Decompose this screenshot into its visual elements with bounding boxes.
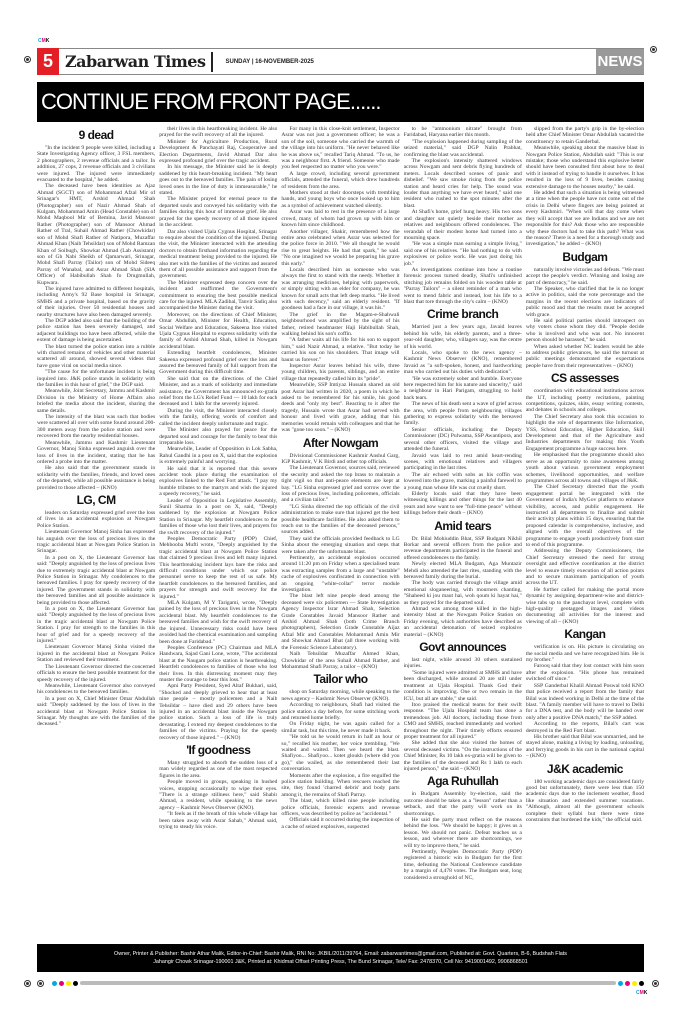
section-heading: Tailor who: [281, 673, 399, 686]
article-paragraph: "The cause for the unfortunate incident …: [37, 369, 155, 388]
section-heading: Crime branch: [404, 308, 522, 321]
article-paragraph: "He was a simple man earning a simple li…: [404, 241, 522, 267]
article-paragraph: to be "ammonium nitrate" brought from Fa…: [404, 126, 522, 139]
article-paragraph: He also said that the government stands …: [37, 465, 155, 491]
article-paragraph: Senior officials, including the Deputy C…: [404, 427, 522, 453]
article-paragraph: coordination with educational institutio…: [526, 388, 644, 414]
article-paragraph: Newly elected MLA Budgam, Aga Muntazir M…: [404, 561, 522, 580]
article-paragraph: 180 working academic days are considered…: [526, 779, 644, 824]
page-banner: CONTINUE FROM FRONT PAGE......: [37, 82, 644, 122]
article-paragraph: Meanwhile, Joint Secretary, Jammu and Ka…: [37, 388, 155, 414]
paper-name: Zabarwan Times: [59, 52, 211, 71]
article-paragraph: "The explosion happened during sampling …: [404, 139, 522, 158]
article-paragraph: Another villager, Shakir, remembered how…: [281, 229, 399, 267]
article-paragraph: As investigations continue into how a ro…: [404, 267, 522, 305]
article-paragraph: He emphasised that the programme should …: [526, 452, 644, 484]
article-paragraph: "He was extremely sober and humble. Ever…: [404, 376, 522, 402]
article-paragraph: During the visit, the Minister interacte…: [159, 408, 277, 427]
issue-date: SUNDAY | 16-NOVEMBER-2025: [225, 59, 313, 65]
masthead-divider: [211, 52, 213, 72]
cmyk-marker-top: CMK: [38, 38, 49, 44]
article-paragraph: Dar also visited Ujala Cygnus Hospital, …: [159, 229, 277, 280]
column-3: For many in this close-knit settlement, …: [281, 126, 399, 934]
article-paragraph: The Minister also prayed for peace for t…: [159, 427, 277, 446]
article-paragraph: A large crowd, including several governm…: [281, 171, 399, 190]
article-paragraph: The blast turned the police station into…: [37, 344, 155, 370]
article-paragraph: The Lieutenant Governor, sources said, r…: [281, 465, 399, 503]
article-paragraph: The explosion's intensity shattered wind…: [404, 158, 522, 209]
cyan-swatch: [618, 981, 623, 986]
column-2: their lives in this heartbreaking incide…: [159, 126, 277, 934]
article-paragraph: Divisional Commissioner Kashmir Anshul G…: [281, 453, 399, 466]
section-heading: Govt announces: [404, 641, 522, 654]
gray-bar: [80, 981, 616, 985]
article-paragraph: According to the reports, Bilal's cart w…: [526, 721, 644, 734]
article-paragraph: The DGP added also said that the buildin…: [37, 318, 155, 344]
article-paragraph: He said political parties should introsp…: [526, 318, 644, 344]
article-paragraph: The Chief Secretary also took this occas…: [526, 414, 644, 452]
article-paragraph: "In the incident 9 people were killed, i…: [37, 145, 155, 183]
yellow-swatch: [632, 981, 637, 986]
cyan-swatch: [52, 981, 57, 986]
article-paragraph: Ahmad was among those killed in the high…: [404, 606, 522, 638]
article-paragraph: Naib Tehsildar Muzaffar Ahmed Khan, Chow…: [281, 651, 399, 670]
article-paragraph: The Minister expressed deep concern over…: [159, 280, 277, 312]
article-paragraph: In a post on X, Chief Minister Omar Abdu…: [37, 696, 155, 728]
article-paragraph: His brother said that Bilal was unmarrie…: [526, 734, 644, 760]
section-heading: After Nowgam: [281, 437, 399, 450]
registration-mark-icon: [37, 980, 44, 987]
article-paragraph: last night, while around 30 others susta…: [404, 657, 522, 670]
imprint-line-1: Owner, Printer & Publisher: Bashir Athar…: [37, 950, 644, 958]
article-paragraph: The news of his death sent a wave of gri…: [404, 401, 522, 427]
article-paragraph: The blast left nine people dead among th…: [281, 593, 399, 651]
column-5: slipped from the party's grip in the by-…: [526, 126, 644, 934]
section-heading: Budgam: [526, 251, 644, 264]
article-paragraph: When asked whether NC leaders would be a…: [526, 344, 644, 370]
page-number: 5: [37, 48, 59, 75]
article-paragraph: Inspector Asrar leaves behind his wife, …: [281, 363, 399, 382]
article-paragraph: The Minister prayed for eternal peace to…: [159, 196, 277, 228]
article-paragraph: Peoples Democratic Party (PDP) Chief, Me…: [159, 536, 277, 600]
article-paragraph: He said that it is reported that this se…: [159, 466, 277, 498]
registration-mark-icon: [650, 46, 657, 53]
article-paragraph: "A father waits all his life for his son…: [281, 337, 399, 363]
article-paragraph: Mothers stood at their doorsteps with tr…: [281, 190, 399, 209]
article-paragraph: Dr. Bilal Mohiuddin Bhat, SSP Budgam Nik…: [404, 536, 522, 562]
registration-mark-icon: [24, 56, 31, 63]
masthead: 5 Zabarwan Times SUNDAY | 16-NOVEMBER-20…: [37, 48, 644, 75]
article-paragraph: People moved in groups, speaking in hush…: [159, 779, 277, 811]
article-paragraph: in Budgam Assembly by-election, said the…: [404, 791, 522, 817]
magenta-swatch: [59, 981, 64, 986]
imprint-footer: Owner, Printer & Publisher: Bashir Athar…: [37, 944, 644, 972]
article-paragraph: naturally involve victories and defeats.…: [526, 267, 644, 286]
article-paragraph: Many struggled to absorb the sudden loss…: [159, 760, 277, 779]
article-paragraph: Leader of Opposition in Legislative Asse…: [159, 498, 277, 536]
article-paragraph: They said the officials provided feedbac…: [281, 536, 399, 555]
article-paragraph: The Speaker, who clarified that he is no…: [526, 286, 644, 318]
article-paragraph: She said that on the directions of the C…: [159, 376, 277, 408]
section-heading: Kangan: [526, 628, 644, 641]
section-heading: 9 dead: [37, 129, 155, 142]
article-paragraph: The Lieutenant Governor directed the con…: [37, 664, 155, 683]
article-paragraph: Pertinently, an accidental explosion occ…: [281, 555, 399, 593]
article-paragraph: "It feels as if the breath of this whole…: [159, 811, 277, 830]
article-paragraph: Lieutenant Governor Manoj Sinha visited …: [37, 644, 155, 663]
article-paragraph: verification is on. His picture is circu…: [526, 644, 644, 663]
article-paragraph: The grief in the Magam-e-Shahwali neighb…: [281, 312, 399, 338]
article-paragraph: Farooq said that they lost contact with …: [526, 663, 644, 682]
article-paragraph: The deceased have been identities as Aja…: [37, 183, 155, 286]
article-paragraph: Minister for Agriculture Production, Rur…: [159, 139, 277, 165]
registration-mark-icon: [652, 980, 659, 987]
article-paragraph: Peoples Conference (PC) Chairman and MLA…: [159, 645, 277, 683]
article-paragraph: The Chief Secretary directed that the yo…: [526, 484, 644, 548]
section-heading: CS assesses: [526, 372, 644, 385]
article-columns: 9 dead"In the incident 9 people were kil…: [37, 126, 644, 934]
section-heading: 'If goodness: [159, 744, 277, 757]
article-paragraph: Pertinently, Peoples Democratic Party (P…: [404, 849, 522, 881]
article-paragraph: Meanwhile, Leader of Opposition in Lok S…: [159, 446, 277, 465]
article-paragraph: MLA Kulgam, M Y Tarigami, wrote, "Deeply…: [159, 600, 277, 645]
article-paragraph: He further called for making the portal …: [526, 587, 644, 625]
article-paragraph: Elderly locals said that they have been …: [404, 491, 522, 517]
section-label: NEWS: [596, 49, 644, 74]
article-paragraph: Meanwhile, Lieutenant Governor also conv…: [37, 683, 155, 696]
article-paragraph: Meanwhile, speaking about the massive bl…: [526, 145, 644, 190]
section-heading: J&K academic: [526, 763, 644, 776]
article-paragraph: Officials said it occurred during the in…: [281, 817, 399, 830]
section-heading: Amid tears: [404, 520, 522, 533]
black-swatch: [639, 981, 644, 986]
article-paragraph: The injured have admitted to different h…: [37, 286, 155, 318]
article-paragraph: "LG Sinha directed the top officials of …: [281, 504, 399, 536]
article-paragraph: Locals, who spoke to the news agency – K…: [404, 350, 522, 376]
article-paragraph: According to neighbours, Shafi had visit…: [281, 702, 399, 721]
article-paragraph: In his message, the Minister said he is …: [159, 164, 277, 196]
article-paragraph: Addressing the Deputy Commissioners, the…: [526, 548, 644, 586]
article-paragraph: "He told us he would return in half an h…: [281, 734, 399, 772]
article-paragraph: The intensity of the blast was such that…: [37, 414, 155, 440]
article-paragraph: He added that such a situation is being …: [526, 190, 644, 248]
section-heading: LG, CM: [37, 494, 155, 507]
yellow-swatch: [66, 981, 71, 986]
article-paragraph: Meanwhile, Jammu and Kashmir Lieutenant …: [37, 440, 155, 466]
imprint-line-2: Jahangir Chowk Srinagar-190001 J&K, Prin…: [37, 958, 644, 966]
article-paragraph: slipped from the party's grip in the by-…: [526, 126, 644, 145]
article-paragraph: Locals described him as someone who was …: [281, 267, 399, 312]
column-1: 9 dead"In the incident 9 people were kil…: [37, 126, 155, 934]
article-paragraph: At Shafi's home, grief hung heavy. His t…: [404, 209, 522, 241]
article-paragraph: Moments after the explosion, a fire engu…: [281, 773, 399, 799]
article-paragraph: The blast, which killed nine people incl…: [281, 798, 399, 817]
article-paragraph: For many in this close-knit settlement, …: [281, 126, 399, 171]
cmyk-marker-bottom: CMK: [636, 990, 647, 996]
article-paragraph: She added that she also visited the home…: [404, 740, 522, 772]
article-paragraph: SSP Ganderbal Khalil Ahmad Poswal told K…: [526, 683, 644, 721]
article-paragraph: Apni Party President, Syed Altaf Bukhari…: [159, 683, 277, 741]
color-bar: [37, 980, 644, 986]
article-paragraph: Asrar was laid to rest in the presence o…: [281, 209, 399, 228]
article-paragraph: Married just a few years ago, Javaid lea…: [404, 324, 522, 350]
article-paragraph: Lieutenant Governor Manoj Sinha has expr…: [37, 529, 155, 555]
column-4: to be "ammonium nitrate" brought from Fa…: [404, 126, 522, 934]
article-paragraph: In a post on X, the Lieutenant Governor …: [37, 606, 155, 644]
article-paragraph: He said the party must reflect on the re…: [404, 817, 522, 849]
magenta-swatch: [625, 981, 630, 986]
article-paragraph: Moreover, on the directions of Chief Min…: [159, 312, 277, 350]
article-paragraph: The body was carried through the village…: [404, 580, 522, 606]
article-paragraph: shop on Saturday morning, while speaking…: [281, 689, 399, 702]
article-paragraph: Javaid was laid to rest amid heart-rendi…: [404, 453, 522, 472]
article-paragraph: Extending heartfelt condolences, Ministe…: [159, 350, 277, 376]
article-paragraph: Itoo praised the medical teams for their…: [404, 702, 522, 740]
article-paragraph: Meanwhile, SSP Imtiyaz Hussain shared an…: [281, 382, 399, 433]
black-swatch: [73, 981, 78, 986]
article-paragraph: In a post on X, the Lieutenant Governor …: [37, 555, 155, 606]
article-paragraph: leaders on Saturday expressed grief over…: [37, 510, 155, 529]
article-paragraph: "Some injured were admitted at SMHS and …: [404, 670, 522, 702]
article-paragraph: their lives in this heartbreaking incide…: [159, 126, 277, 139]
article-paragraph: On Friday night, he was again called for…: [281, 721, 399, 734]
section-heading: Aga Ruhullah: [404, 775, 522, 788]
registration-mark-icon: [24, 980, 31, 987]
article-paragraph: The air echoed with sobs as his coffin w…: [404, 472, 522, 491]
